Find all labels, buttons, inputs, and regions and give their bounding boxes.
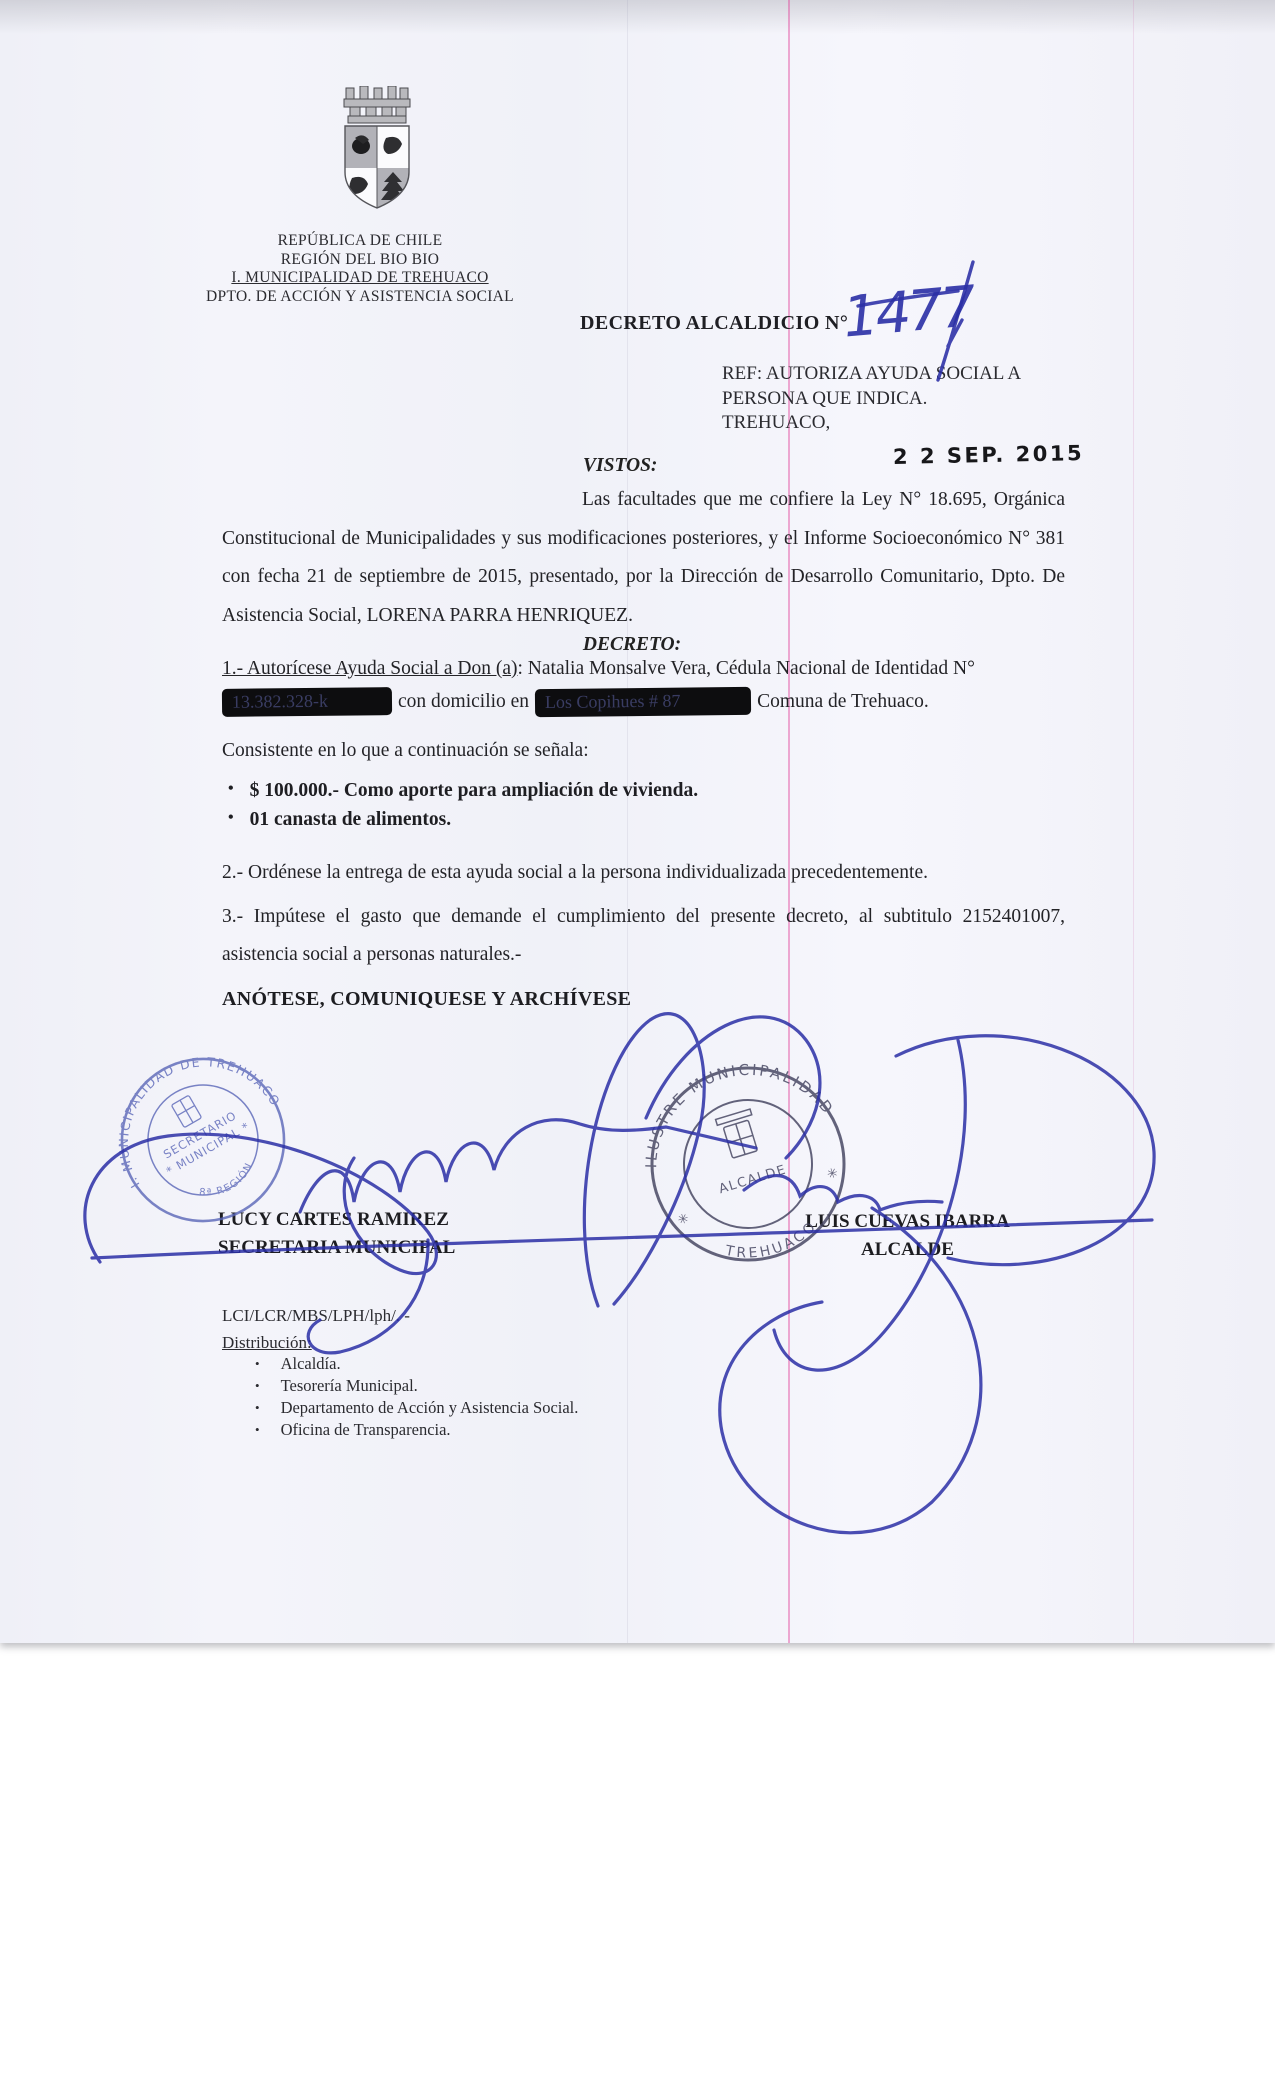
decree-item-1-rest: : Natalia Monsalve Vera, Cédula Nacional… (518, 658, 975, 679)
distribution-item: •Tesorería Municipal. (255, 1376, 418, 1396)
aid-bullet-1-text: $ 100.000.- Como aporte para ampliación … (250, 780, 699, 802)
distribution-item-text: Oficina de Transparencia. (281, 1420, 451, 1440)
mayor-signature-stroke (774, 1040, 965, 1370)
distribution-label: Distribución: (222, 1333, 312, 1353)
vistos-paragraph: Las facultades que me confiere la Ley N°… (222, 481, 1065, 635)
coat-of-arms (330, 86, 426, 222)
date-stamp: 2 2 SEP. 2015 (893, 441, 1085, 469)
letterhead-municipality: I. MUNICIPALIDAD DE TREHUACO (140, 269, 580, 288)
letterhead: REPÚBLICA DE CHILE REGIÓN DEL BIO BIO I.… (140, 232, 580, 306)
secretary-name: LUCY CARTES RAMIREZ (218, 1206, 455, 1234)
distribution-item-text: Tesorería Municipal. (281, 1376, 418, 1396)
secretary-stamp-crest (171, 1095, 201, 1128)
mayor-title: ALCALDE (750, 1236, 1065, 1264)
decree-item-1: 1.- Autorícese Ayuda Social a Don (a): N… (222, 658, 975, 680)
pen-signatures (85, 1014, 1154, 1533)
secretary-signature-block: LUCY CARTES RAMIREZ SECRETARIA MUNICIPAL (218, 1206, 455, 1261)
bullet-dot: • (228, 780, 234, 802)
bullet-dot: • (255, 1398, 260, 1418)
bullet-dot: • (255, 1420, 260, 1440)
paper-crease-line (627, 0, 628, 1643)
mayor-signature-stroke (744, 1176, 942, 1210)
distribution-item: •Oficina de Transparencia. (255, 1420, 451, 1440)
mayor-name: LUIS CUEVAS IBARRA (750, 1208, 1065, 1236)
svg-text:8ª REGIÓN: 8ª REGIÓN (194, 1157, 261, 1208)
pink-scan-line-faint (1133, 0, 1134, 1643)
decreto-label: DECRETO: (222, 634, 1042, 656)
letterhead-region: REGIÓN DEL BIO BIO (140, 251, 580, 270)
stamp-star-left: ✳ (676, 1211, 691, 1229)
redacted-id-number: 13.382.328-k (222, 687, 392, 717)
responsibility-initials: LCI/LCR/MBS/LPH/lph/. - (222, 1306, 410, 1326)
secretary-title: SECRETARIA MUNICIPAL (218, 1234, 455, 1262)
consistente-line: Consistente en lo que a continuación se … (222, 740, 589, 762)
decree-item-1-mid: con domicilio en (398, 691, 529, 713)
distribution-item: •Alcaldía. (255, 1354, 341, 1374)
mayor-stamp-ring-top-text: ILUSTRE MUNICIPALIDAD (620, 1035, 840, 1173)
ref-block: REF: AUTORIZA AYUDA SOCIAL A PERSONA QUE… (722, 362, 1021, 436)
stamp-star-right: ✳ (825, 1165, 840, 1183)
ref-line-1: REF: AUTORIZA AYUDA SOCIAL A (722, 362, 1021, 387)
svg-text:1477: 1477 (840, 274, 979, 350)
aid-bullet-2-text: 01 canasta de alimentos. (250, 809, 452, 831)
mayor-signature-stroke (646, 1017, 820, 1158)
scanned-page: REPÚBLICA DE CHILE REGIÓN DEL BIO BIO I.… (0, 0, 1275, 1643)
aid-bullet-1: • $ 100.000.- Como aporte para ampliació… (228, 780, 698, 802)
secretary-stamp-line1: SECRETARIO (161, 1108, 239, 1161)
bullet-dot: • (255, 1354, 260, 1374)
svg-text:ILUSTRE MUNICIPALIDAD: ILUSTRE MUNICIPALIDAD (620, 1035, 840, 1173)
ref-line-3: TREHUACO, (722, 411, 1021, 436)
vistos-label: VISTOS: (583, 455, 657, 477)
decree-title: DECRETO ALCALDICIO N° (580, 312, 848, 335)
distribution-item: •Departamento de Acción y Asistencia Soc… (255, 1398, 578, 1418)
decree-item-1-end: Comuna de Trehuaco. (757, 691, 929, 713)
pink-scan-line (788, 0, 790, 1643)
secretary-stamp-line2: * MUNICIPAL * (164, 1119, 252, 1178)
secretary-stamp-bottom-text: 8ª REGIÓN (194, 1157, 261, 1208)
letterhead-country: REPÚBLICA DE CHILE (140, 232, 580, 251)
closing-line: ANÓTESE, COMUNIQUESE Y ARCHÍVESE (222, 988, 631, 1011)
mayor-signature-block: LUIS CUEVAS IBARRA ALCALDE (750, 1208, 1065, 1263)
bullet-dot: • (255, 1376, 260, 1396)
bullet-dot: • (228, 809, 234, 831)
mayor-stamp-center-text: ALCALDE (717, 1162, 788, 1197)
ref-line-2: PERSONA QUE INDICA. (722, 387, 1021, 412)
mayor-signature-stroke (584, 1014, 704, 1306)
redacted-address: Los Copihues # 87 (535, 687, 751, 717)
secretary-signature-stroke (300, 1120, 756, 1212)
decree-item-1-underlined: 1.- Autorícese Ayuda Social a Don (a) (222, 658, 518, 679)
mayor-stamp-crest (716, 1109, 763, 1160)
svg-text:I. MUNICIPALIDAD DE TREHUACO: I. MUNICIPALIDAD DE TREHUACO (83, 1022, 283, 1191)
distribution-item-text: Departamento de Acción y Asistencia Soci… (281, 1398, 579, 1418)
scanned-decree-page: { "header": { "country": "REPÚBLICA DE C… (0, 0, 1275, 2100)
aid-bullet-2: • 01 canasta de alimentos. (228, 809, 451, 831)
decree-item-1-line-2: 13.382.328-k con domicilio en Los Copihu… (222, 688, 929, 716)
secretary-stamp-ring-text: I. MUNICIPALIDAD DE TREHUACO (83, 1022, 283, 1191)
letterhead-department: DPTO. DE ACCIÓN Y ASISTENCIA SOCIAL (140, 288, 580, 307)
distribution-item-text: Alcaldía. (281, 1354, 341, 1374)
decree-item-3: 3.- Impútese el gasto que demande el cum… (222, 898, 1065, 973)
decree-item-2: 2.- Ordénese la entrega de esta ayuda so… (222, 862, 928, 884)
